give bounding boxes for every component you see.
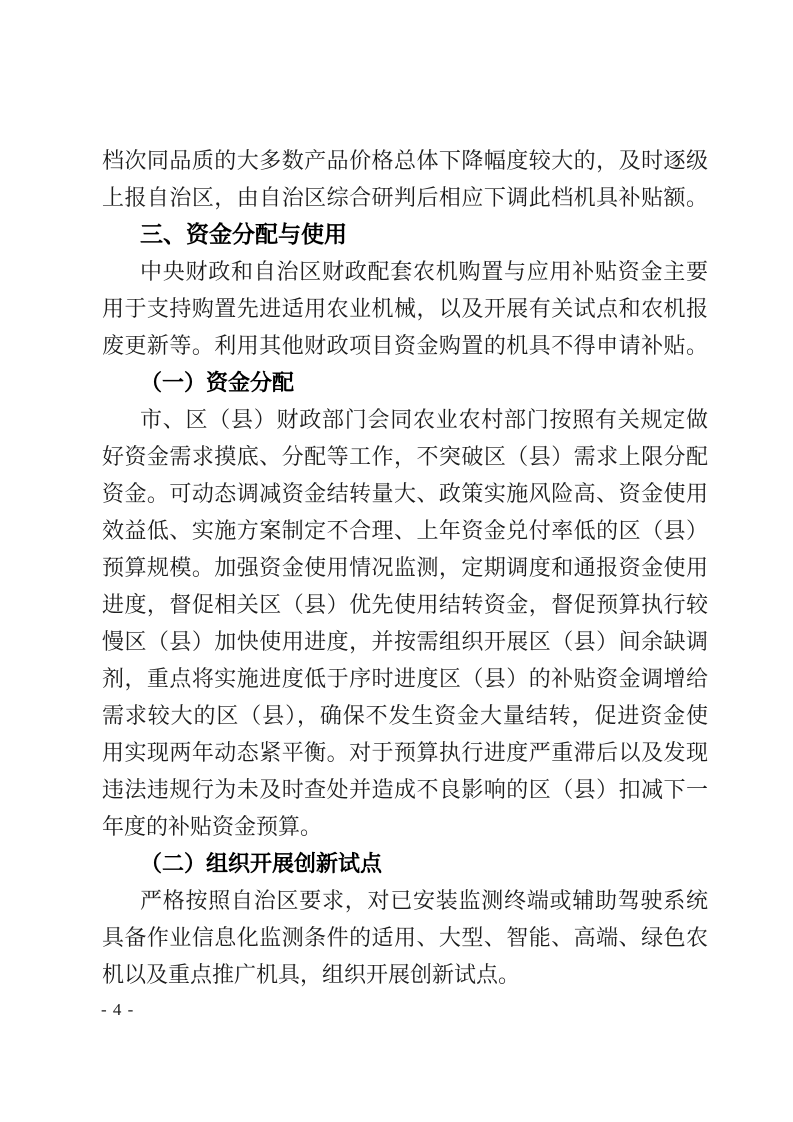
text-column: 档次同品质的大多数产品价格总体下降幅度较大的，及时逐级 上报自治区，由自治区综合… xyxy=(102,142,708,993)
text-line: 废更新等。利用其他财政项目资金购置的机具不得申请补贴。 xyxy=(102,327,708,364)
text-line: 需求较大的区（县），确保不发生资金大量结转，促进资金使 xyxy=(102,697,708,734)
text-line: 用于支持购置先进适用农业机械，以及开展有关试点和农机报 xyxy=(102,290,708,327)
text-line: 剂，重点将实施进度低于序时进度区（县）的补贴资金调增给 xyxy=(102,660,708,697)
text-line: 预算规模。加强资金使用情况监测，定期调度和通报资金使用 xyxy=(102,549,708,586)
text-line: 机以及重点推广机具，组织开展创新试点。 xyxy=(102,956,708,993)
text-line: 年度的补贴资金预算。 xyxy=(102,808,708,845)
text-line: 资金。可动态调减资金结转量大、政策实施风险高、资金使用 xyxy=(102,475,708,512)
page-number: - 4 - xyxy=(101,1000,134,1020)
text-line: 好资金需求摸底、分配等工作，不突破区（县）需求上限分配 xyxy=(102,438,708,475)
text-line: 市、区（县）财政部门会同农业农村部门按照有关规定做 xyxy=(102,401,708,438)
subsection-heading: （一）资金分配 xyxy=(102,364,708,401)
subsection-heading: （二）组织开展创新试点 xyxy=(102,845,708,882)
text-line: 用实现两年动态紧平衡。对于预算执行进度严重滞后以及发现 xyxy=(102,734,708,771)
text-line: 慢区（县）加快使用进度，并按需组织开展区（县）间余缺调 xyxy=(102,623,708,660)
text-line: 具备作业信息化监测条件的适用、大型、智能、高端、绿色农 xyxy=(102,919,708,956)
text-line: 严格按照自治区要求，对已安装监测终端或辅助驾驶系统 xyxy=(102,882,708,919)
text-line: 档次同品质的大多数产品价格总体下降幅度较大的，及时逐级 xyxy=(102,142,708,179)
text-line: 进度，督促相关区（县）优先使用结转资金，督促预算执行较 xyxy=(102,586,708,623)
section-heading: 三、资金分配与使用 xyxy=(102,216,708,253)
document-page: 档次同品质的大多数产品价格总体下降幅度较大的，及时逐级 上报自治区，由自治区综合… xyxy=(0,0,793,1122)
text-line: 中央财政和自治区财政配套农机购置与应用补贴资金主要 xyxy=(102,253,708,290)
text-line: 效益低、实施方案制定不合理、上年资金兑付率低的区（县） xyxy=(102,512,708,549)
text-line: 上报自治区，由自治区综合研判后相应下调此档机具补贴额。 xyxy=(102,179,708,216)
text-line: 违法违规行为未及时查处并造成不良影响的区（县）扣减下一 xyxy=(102,771,708,808)
